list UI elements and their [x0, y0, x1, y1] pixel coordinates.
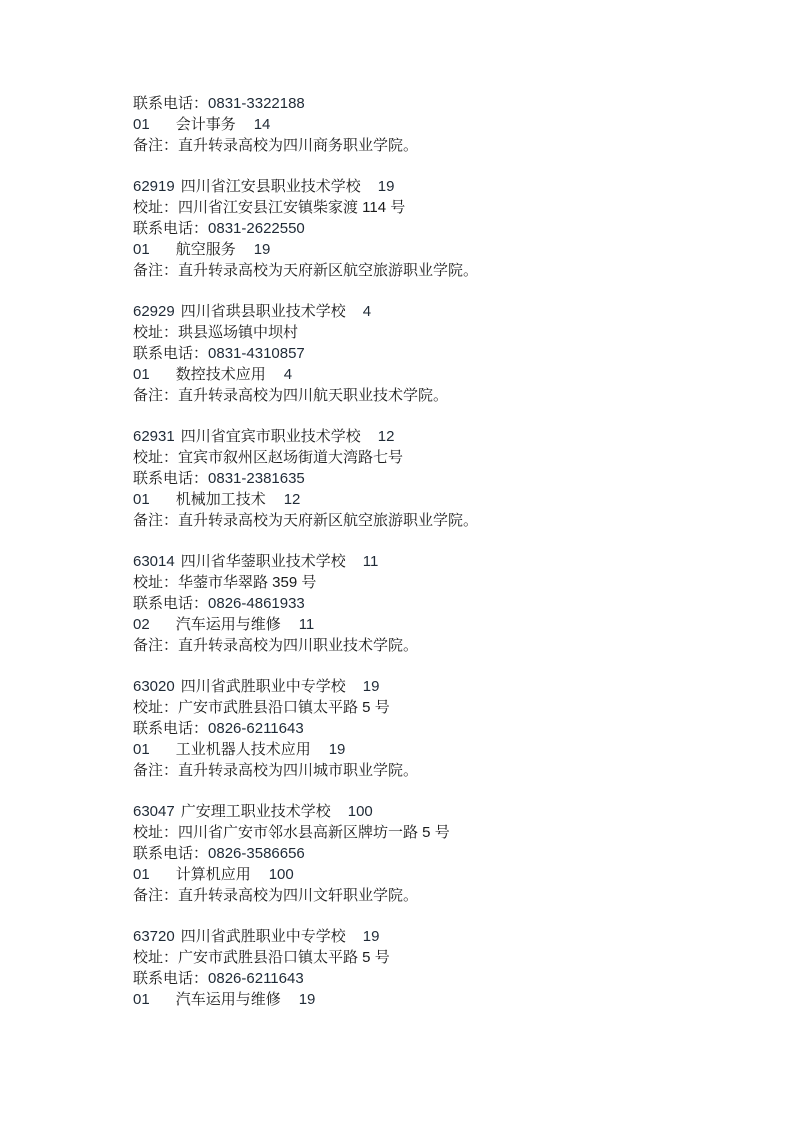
program-line: 01航空服务19: [133, 239, 733, 260]
note-line: 备注：直升转录高校为四川文轩职业学院。: [133, 885, 733, 906]
address-text: 四川省广安市邻水县高新区牌坊一路 5 号: [178, 824, 450, 841]
note-text: 直升转录高校为四川职业技术学院。: [178, 637, 418, 654]
school-title-line: 63720四川省武胜职业中专学校19: [133, 926, 733, 947]
phone-label: 联系电话：: [133, 720, 208, 737]
note-label: 备注：: [133, 137, 178, 154]
contact-phone-line: 联系电话：0831-4310857: [133, 343, 733, 364]
school-code: 63014: [133, 553, 175, 570]
school-title-line: 62929四川省珙县职业技术学校4: [133, 301, 733, 322]
program-name: 汽车运用与维修: [176, 616, 281, 633]
school-name: 四川省宜宾市职业技术学校: [181, 428, 361, 445]
school-code: 63020: [133, 678, 175, 695]
note-line: 备注：直升转录高校为四川商务职业学院。: [133, 135, 733, 156]
school-code: 62929: [133, 303, 175, 320]
phone-number: 0826-6211643: [208, 720, 304, 737]
school-entry: 63047广安理工职业技术学校100 校址：四川省广安市邻水县高新区牌坊一路 5…: [133, 801, 733, 906]
contact-phone-line: 联系电话：0826-6211643: [133, 718, 733, 739]
phone-label: 联系电话：: [133, 845, 208, 862]
program-line: 01机械加工技术12: [133, 489, 733, 510]
school-entry: 62931四川省宜宾市职业技术学校12 校址：宜宾市叙州区赵场街道大湾路七号 联…: [133, 426, 733, 531]
school-entry: 63720四川省武胜职业中专学校19 校址：广安市武胜县沿口镇太平路 5 号 联…: [133, 926, 733, 1010]
phone-number: 0826-4861933: [208, 595, 305, 612]
school-name: 广安理工职业技术学校: [181, 803, 331, 820]
note-text: 直升转录高校为四川文轩职业学院。: [178, 887, 418, 904]
contact-phone-line: 联系电话：0831-3322188: [133, 93, 733, 114]
program-code: 01: [133, 366, 150, 383]
program-count: 100: [269, 866, 294, 883]
school-title-line: 62931四川省宜宾市职业技术学校12: [133, 426, 733, 447]
phone-number: 0831-2622550: [208, 220, 305, 237]
address-label: 校址：: [133, 699, 178, 716]
note-label: 备注：: [133, 387, 178, 404]
address-line: 校址：广安市武胜县沿口镇太平路 5 号: [133, 947, 733, 968]
contact-phone-line: 联系电话：0831-2622550: [133, 218, 733, 239]
address-text: 华蓥市华翠路 359 号: [178, 574, 316, 591]
note-text: 直升转录高校为四川城市职业学院。: [178, 762, 418, 779]
school-code: 63720: [133, 928, 175, 945]
school-title-line: 63014四川省华蓥职业技术学校11: [133, 551, 733, 572]
address-text: 广安市武胜县沿口镇太平路 5 号: [178, 949, 390, 966]
program-count: 19: [329, 741, 346, 758]
program-line: 01计算机应用100: [133, 864, 733, 885]
phone-number: 0831-4310857: [208, 345, 305, 362]
program-line: 01会计事务14: [133, 114, 733, 135]
school-quota: 19: [363, 928, 380, 945]
school-quota: 19: [378, 178, 395, 195]
program-name: 航空服务: [176, 241, 236, 258]
school-name: 四川省江安县职业技术学校: [181, 178, 361, 195]
address-line: 校址：珙县巡场镇中坝村: [133, 322, 733, 343]
note-label: 备注：: [133, 637, 178, 654]
school-entry: 63020四川省武胜职业中专学校19 校址：广安市武胜县沿口镇太平路 5 号 联…: [133, 676, 733, 781]
phone-label: 联系电话：: [133, 220, 208, 237]
address-label: 校址：: [133, 199, 178, 216]
school-name: 四川省武胜职业中专学校: [181, 678, 346, 695]
program-name: 汽车运用与维修: [176, 991, 281, 1008]
note-label: 备注：: [133, 762, 178, 779]
program-code: 01: [133, 241, 150, 258]
program-name: 数控技术应用: [176, 366, 266, 383]
phone-label: 联系电话：: [133, 970, 208, 987]
address-line: 校址：宜宾市叙州区赵场街道大湾路七号: [133, 447, 733, 468]
address-label: 校址：: [133, 824, 178, 841]
program-count: 4: [284, 366, 292, 383]
program-count: 14: [254, 116, 271, 133]
school-code: 63047: [133, 803, 175, 820]
school-name: 四川省华蓥职业技术学校: [181, 553, 346, 570]
note-text: 直升转录高校为天府新区航空旅游职业学院。: [178, 262, 478, 279]
school-code: 62919: [133, 178, 175, 195]
program-code: 01: [133, 991, 150, 1008]
program-name: 机械加工技术: [176, 491, 266, 508]
phone-number: 0826-3586656: [208, 845, 305, 862]
note-line: 备注：直升转录高校为四川航天职业技术学院。: [133, 385, 733, 406]
note-text: 直升转录高校为四川商务职业学院。: [178, 137, 418, 154]
address-label: 校址：: [133, 574, 178, 591]
note-text: 直升转录高校为天府新区航空旅游职业学院。: [178, 512, 478, 529]
phone-label: 联系电话：: [133, 95, 208, 112]
address-label: 校址：: [133, 949, 178, 966]
school-title-line: 63047广安理工职业技术学校100: [133, 801, 733, 822]
program-count: 19: [254, 241, 271, 258]
school-name: 四川省武胜职业中专学校: [181, 928, 346, 945]
contact-phone-line: 联系电话：0826-6211643: [133, 968, 733, 989]
phone-label: 联系电话：: [133, 595, 208, 612]
school-entry: 62919四川省江安县职业技术学校19 校址：四川省江安县江安镇柴家渡 114 …: [133, 176, 733, 281]
phone-label: 联系电话：: [133, 345, 208, 362]
address-text: 宜宾市叙州区赵场街道大湾路七号: [178, 449, 403, 466]
phone-number: 0826-6211643: [208, 970, 304, 987]
address-text: 珙县巡场镇中坝村: [178, 324, 298, 341]
program-count: 19: [299, 991, 316, 1008]
program-count: 11: [299, 616, 315, 633]
address-line: 校址：广安市武胜县沿口镇太平路 5 号: [133, 697, 733, 718]
phone-label: 联系电话：: [133, 470, 208, 487]
address-line: 校址：华蓥市华翠路 359 号: [133, 572, 733, 593]
note-line: 备注：直升转录高校为天府新区航空旅游职业学院。: [133, 260, 733, 281]
address-line: 校址：四川省广安市邻水县高新区牌坊一路 5 号: [133, 822, 733, 843]
phone-number: 0831-3322188: [208, 95, 305, 112]
address-line: 校址：四川省江安县江安镇柴家渡 114 号: [133, 197, 733, 218]
contact-phone-line: 联系电话：0831-2381635: [133, 468, 733, 489]
program-code: 01: [133, 866, 150, 883]
school-quota: 12: [378, 428, 395, 445]
program-line: 01工业机器人技术应用19: [133, 739, 733, 760]
phone-number: 0831-2381635: [208, 470, 305, 487]
program-name: 会计事务: [176, 116, 236, 133]
school-quota: 19: [363, 678, 380, 695]
program-code: 01: [133, 741, 150, 758]
program-code: 01: [133, 491, 150, 508]
program-name: 计算机应用: [176, 866, 251, 883]
school-name: 四川省珙县职业技术学校: [181, 303, 346, 320]
address-text: 四川省江安县江安镇柴家渡 114 号: [178, 199, 405, 216]
program-line: 01汽车运用与维修19: [133, 989, 733, 1010]
program-name: 工业机器人技术应用: [176, 741, 311, 758]
address-label: 校址：: [133, 324, 178, 341]
note-line: 备注：直升转录高校为四川职业技术学院。: [133, 635, 733, 656]
program-line: 02汽车运用与维修11: [133, 614, 733, 635]
school-title-line: 63020四川省武胜职业中专学校19: [133, 676, 733, 697]
contact-phone-line: 联系电话：0826-4861933: [133, 593, 733, 614]
program-count: 12: [284, 491, 301, 508]
note-label: 备注：: [133, 512, 178, 529]
contact-phone-line: 联系电话：0826-3586656: [133, 843, 733, 864]
note-line: 备注：直升转录高校为天府新区航空旅游职业学院。: [133, 510, 733, 531]
school-entry: 联系电话：0831-3322188 01会计事务14 备注：直升转录高校为四川商…: [133, 93, 733, 156]
program-code: 01: [133, 116, 150, 133]
program-line: 01数控技术应用4: [133, 364, 733, 385]
school-quota: 100: [348, 803, 373, 820]
school-quota: 4: [363, 303, 371, 320]
document-page: 联系电话：0831-3322188 01会计事务14 备注：直升转录高校为四川商…: [0, 0, 793, 1122]
school-title-line: 62919四川省江安县职业技术学校19: [133, 176, 733, 197]
school-quota: 11: [363, 553, 379, 570]
school-entry: 63014四川省华蓥职业技术学校11 校址：华蓥市华翠路 359 号 联系电话：…: [133, 551, 733, 656]
note-line: 备注：直升转录高校为四川城市职业学院。: [133, 760, 733, 781]
school-entry: 62929四川省珙县职业技术学校4 校址：珙县巡场镇中坝村 联系电话：0831-…: [133, 301, 733, 406]
program-code: 02: [133, 616, 150, 633]
note-label: 备注：: [133, 262, 178, 279]
note-text: 直升转录高校为四川航天职业技术学院。: [178, 387, 448, 404]
note-label: 备注：: [133, 887, 178, 904]
address-text: 广安市武胜县沿口镇太平路 5 号: [178, 699, 390, 716]
school-code: 62931: [133, 428, 175, 445]
address-label: 校址：: [133, 449, 178, 466]
